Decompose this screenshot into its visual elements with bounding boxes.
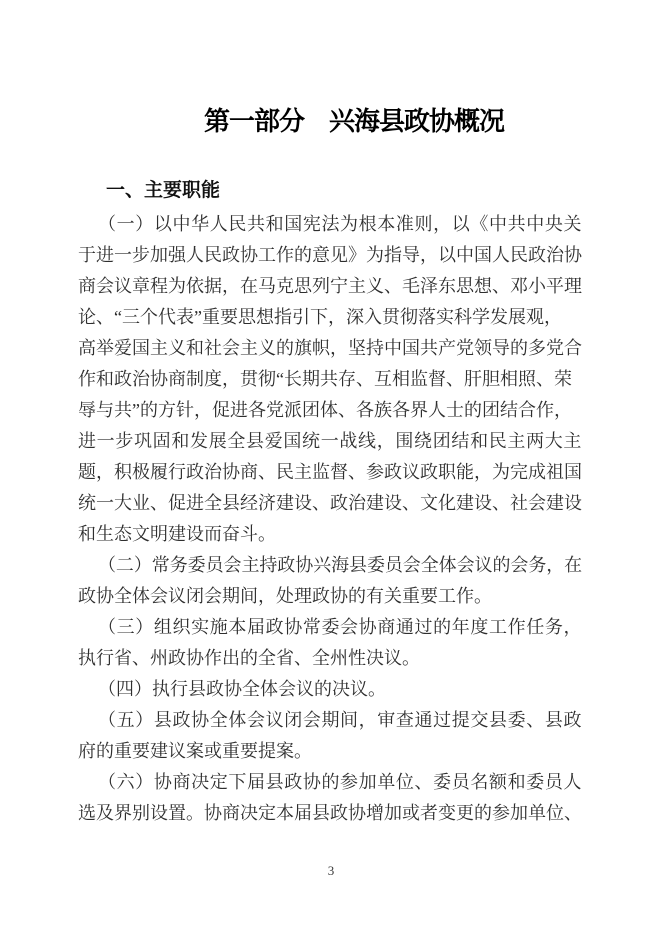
page-number: 3 (0, 862, 662, 880)
document-page: 第一部分 兴海县政协概况 一、主要职能 （一）以中华人民共和国宪法为根本准则，以… (0, 0, 662, 936)
text-line: （六）协商决定下届县政协的参加单位、委员名额和委员人 (78, 767, 582, 798)
text-line: （三）组织实施本届政协常委会协商通过的年度工作任务， (78, 612, 582, 643)
text-line: 执行省、州政协作出的全省、全州性决议。 (78, 643, 582, 674)
text-line: 商会议章程为依据，在马克思列宁主义、毛泽东思想、邓小平理 (78, 271, 582, 302)
text-line: 府的重要建议案或重要提案。 (78, 736, 582, 767)
text-line: 和生态文明建设而奋斗。 (78, 519, 582, 550)
text-line: 题，积极履行政治协商、民主监督、参政议政职能，为完成祖国 (78, 457, 582, 488)
text-line: （一）以中华人民共和国宪法为根本准则，以《中共中央关 (78, 209, 582, 240)
body-paragraphs: （一）以中华人民共和国宪法为根本准则，以《中共中央关于进一步加强人民政协工作的意… (78, 209, 582, 829)
text-line: 于进一步加强人民政协工作的意见》为指导，以中国人民政治协 (78, 240, 582, 271)
text-line: 选及界别设置。协商决定本届县政协增加或者变更的参加单位、 (78, 798, 582, 829)
text-line: 统一大业、促进全县经济建设、政治建设、文化建设、社会建设 (78, 488, 582, 519)
text-line: 论、“三个代表”重要思想指引下，深入贯彻落实科学发展观， (78, 302, 582, 333)
text-line: （四）执行县政协全体会议的决议。 (78, 674, 582, 705)
text-line: 政协全体会议闭会期间，处理政协的有关重要工作。 (78, 581, 582, 612)
text-line: 进一步巩固和发展全县爱国统一战线，围绕团结和民主两大主 (78, 426, 582, 457)
text-line: 高举爱国主义和社会主义的旗帜，坚持中国共产党领导的多党合 (78, 333, 582, 364)
text-line: 作和政治协商制度，贯彻“长期共存、互相监督、肝胆相照、荣 (78, 364, 582, 395)
document-title: 第一部分 兴海县政协概况 (0, 0, 662, 140)
text-line: （五）县政协全体会议闭会期间，审查通过提交县委、县政 (78, 705, 582, 736)
section-heading: 一、主要职能 (78, 177, 582, 205)
text-line: 辱与共”的方针，促进各党派团体、各族各界人士的团结合作， (78, 395, 582, 426)
text-line: （二）常务委员会主持政协兴海县委员会全体会议的会务，在 (78, 550, 582, 581)
